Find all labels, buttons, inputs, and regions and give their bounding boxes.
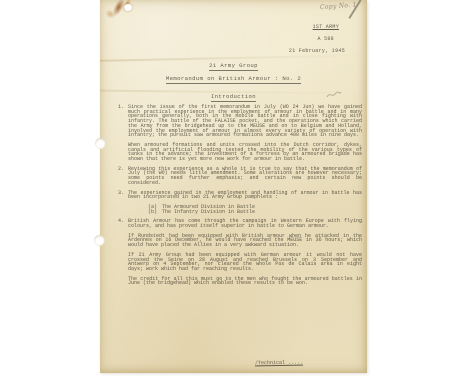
paragraph-4-continuation-3: The credit for all this must go to the m… bbox=[118, 277, 362, 286]
paragraph-number: 4. bbox=[118, 219, 128, 228]
paragraph-text: British Armour has come through the camp… bbox=[128, 219, 362, 228]
list-item: (b) The Infantry Division in Battle bbox=[148, 210, 362, 215]
pamphlet-list: (a) The Armoured Division in Battle (b) … bbox=[148, 205, 362, 214]
paragraph-number bbox=[118, 143, 128, 162]
document-page: Copy No. 1 1ST ARMY A 588 21 February, 1… bbox=[100, 0, 367, 373]
paragraph-text: The credit for all this must go to the m… bbox=[128, 277, 362, 286]
handwritten-copy-number: Copy No. 1 bbox=[320, 2, 357, 12]
paragraph-text: Since the issue of the first memorandum … bbox=[128, 105, 362, 138]
paragraph-1-continuation: When armoured formations and units cross… bbox=[118, 143, 362, 162]
list-label: (b) bbox=[148, 210, 162, 215]
document-body: 1. Since the issue of the first memorand… bbox=[118, 105, 362, 291]
staple-tear bbox=[124, 4, 132, 11]
reference-number: A 588 bbox=[317, 36, 334, 42]
paragraph-number: 3. bbox=[118, 191, 128, 200]
punch-hole bbox=[94, 235, 105, 246]
paragraph-text: The experience gained in the employment … bbox=[128, 191, 362, 200]
paragraph-3: 3. The experience gained in the employme… bbox=[118, 191, 362, 200]
list-text: The Infantry Division in Battle bbox=[162, 210, 255, 215]
paragraph-text: If Rundstedt had been equipped with Brit… bbox=[128, 234, 362, 248]
pencil-mark-icon bbox=[326, 90, 342, 100]
paragraph-number bbox=[118, 253, 128, 272]
paragraph-text: If 21 Army Group had been equipped with … bbox=[128, 253, 362, 272]
catchword: /Technical ..... bbox=[255, 360, 303, 367]
paragraph-number: 1. bbox=[118, 105, 128, 138]
paragraph-text: Reviewing this experience as a whole it … bbox=[128, 167, 362, 186]
paragraph-2: 2. Reviewing this experience as a whole … bbox=[118, 167, 362, 186]
paragraph-1: 1. Since the issue of the first memorand… bbox=[118, 105, 362, 138]
paper-crease bbox=[100, 54, 367, 62]
paragraph-4: 4. British Armour has come through the c… bbox=[118, 219, 362, 228]
paragraph-number bbox=[118, 277, 128, 286]
paragraph-4-continuation-1: If Rundstedt had been equipped with Brit… bbox=[118, 234, 362, 248]
paragraph-number bbox=[118, 234, 128, 248]
rust-stain bbox=[96, 0, 142, 36]
scanner-background: Copy No. 1 1ST ARMY A 588 21 February, 1… bbox=[0, 0, 468, 382]
paragraph-text: When armoured formations and units cross… bbox=[128, 143, 362, 162]
paragraph-4-continuation-2: If 21 Army Group had been equipped with … bbox=[118, 253, 362, 272]
unit-title: 21 Army Group bbox=[100, 62, 367, 69]
punch-hole bbox=[95, 138, 106, 149]
document-title: Memorandum on British Armour : No. 2 bbox=[100, 75, 367, 82]
unit-stamp: 1ST ARMY bbox=[313, 24, 339, 30]
paragraph-number: 2. bbox=[118, 167, 128, 186]
date-line: 21 February, 1945 bbox=[289, 48, 345, 54]
